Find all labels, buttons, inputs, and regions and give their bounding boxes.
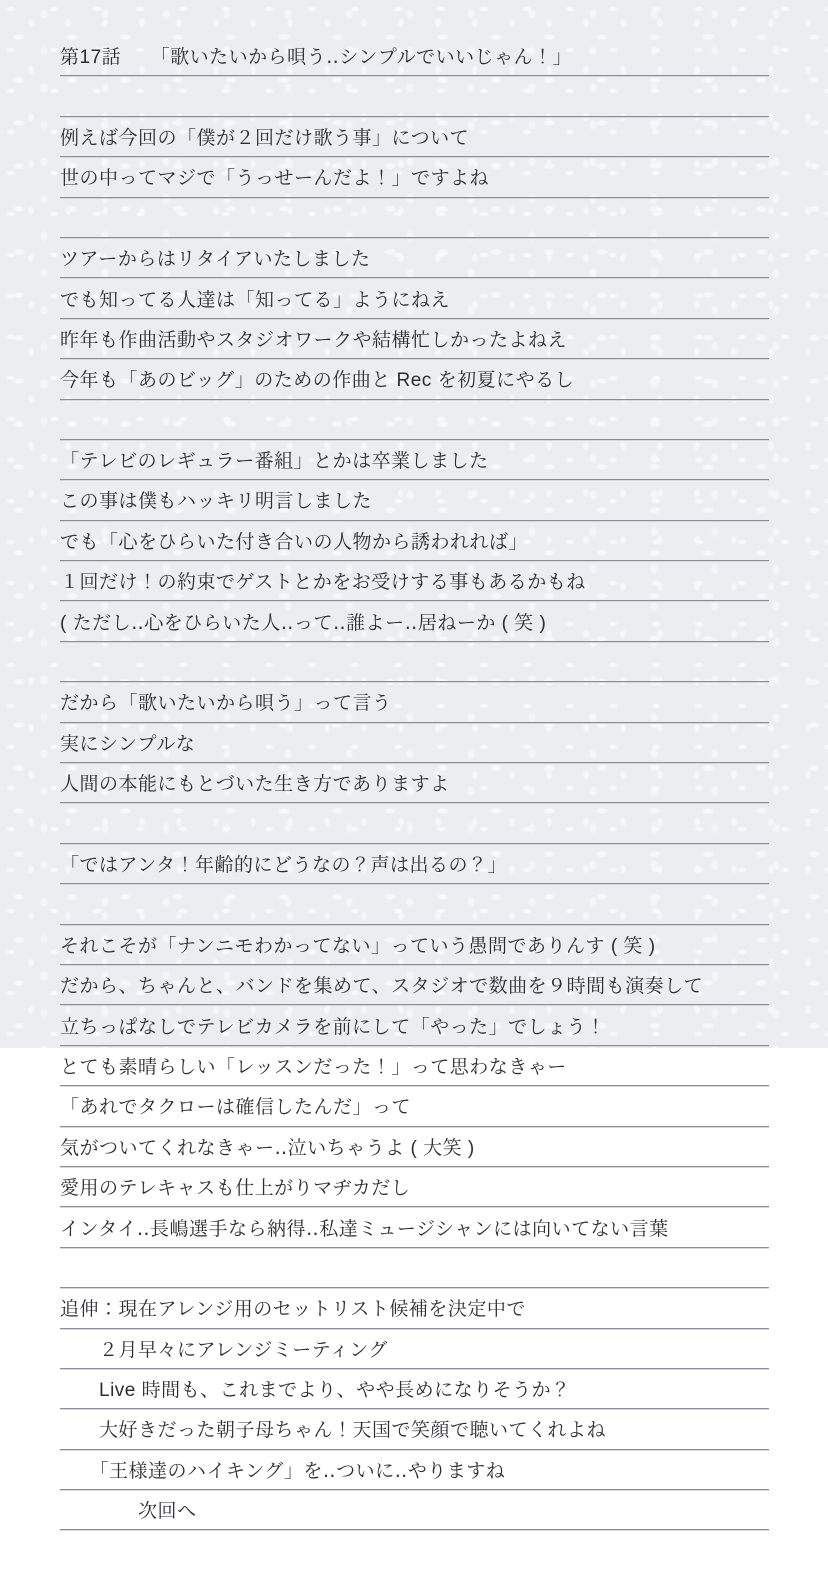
line-text: だから「歌いたいから唄う」って言う bbox=[60, 692, 392, 716]
diary-line: 昨年も作曲活動やスタジオワークや結構忙しかったよねえ bbox=[60, 320, 769, 360]
line-text: 実にシンプルな bbox=[60, 733, 195, 757]
diary-line bbox=[60, 643, 769, 683]
line-text: だから、ちゃんと、バンドを集めて、スタジオで数曲を９時間も演奏して bbox=[60, 975, 703, 999]
diary-line: 「ではアンタ！年齢的にどうなの？声は出るの？」 bbox=[60, 845, 769, 885]
line-text: でも知ってる人達は「知ってる」ようにねえ bbox=[60, 289, 450, 313]
line-text: ( ただし‥心をひらいた人‥って‥誰よー‥居ねーか ( 笑 ) bbox=[60, 612, 546, 636]
line-text: 追伸：現在アレンジ用のセットリスト候補を決定中で bbox=[60, 1298, 526, 1322]
line-text: 昨年も作曲活動やスタジオワークや結構忙しかったよねえ bbox=[60, 329, 567, 353]
line-text: 立ちっぱなしでテレビカメラを前にして「やった」でしょう！ bbox=[60, 1016, 606, 1040]
line-text: それこそが「ナンニモわかってない」っていう愚問でありんす ( 笑 ) bbox=[60, 935, 656, 959]
diary-line bbox=[60, 199, 769, 239]
postscript-line: Live 時間も、これまでより、やや長めになりそうか？ bbox=[60, 1370, 769, 1410]
line-text: 「ではアンタ！年齢的にどうなの？声は出るの？」 bbox=[60, 854, 507, 878]
line-text: 次回へ bbox=[60, 1500, 197, 1524]
line-text: とても素晴らしい「レッスンだった！」って思わなきゃー bbox=[60, 1056, 567, 1080]
diary-line: ツアーからはリタイアいたしました bbox=[60, 239, 769, 279]
diary-line: 「あれでタクローは確信したんだ」って bbox=[60, 1087, 769, 1127]
line-text: 人間の本能にもとづいた生き方でありますよ bbox=[60, 773, 450, 797]
line-text: １回だけ！の約束でゲストとかをお受けする事もあるかもね bbox=[60, 571, 586, 595]
line-text: 第17話 「歌いたいから唄う‥シンプルでいいじゃん！」 bbox=[60, 46, 572, 70]
line-text: 「王様達のハイキング」を‥ついに‥やりますね bbox=[60, 1460, 505, 1484]
line-text: ２月早々にアレンジミーティング bbox=[60, 1339, 388, 1363]
line-text: ツアーからはリタイアいたしました bbox=[60, 248, 370, 272]
diary-line: 世の中ってマジで「うっせーんだよ！」ですよね bbox=[60, 158, 769, 198]
diary-line: だから、ちゃんと、バンドを集めて、スタジオで数曲を９時間も演奏して bbox=[60, 966, 769, 1006]
line-text: 気がついてくれなきゃー‥泣いちゃうよ ( 大笑 ) bbox=[60, 1137, 475, 1161]
diary-line: ( ただし‥心をひらいた人‥って‥誰よー‥居ねーか ( 笑 ) bbox=[60, 602, 769, 642]
diary-line bbox=[60, 1249, 769, 1289]
diary-line: インタイ‥長嶋選手なら納得‥私達ミュージシャンには向いてない言葉 bbox=[60, 1208, 769, 1248]
diary-line: 「テレビのレギュラー番組」とかは卒業しました bbox=[60, 441, 769, 481]
line-text: インタイ‥長嶋選手なら納得‥私達ミュージシャンには向いてない言葉 bbox=[60, 1218, 669, 1242]
line-text: 大好きだった朝子母ちゃん！天国で笑顔で聴いてくれよね bbox=[60, 1419, 606, 1443]
diary-line: それこそが「ナンニモわかってない」っていう愚問でありんす ( 笑 ) bbox=[60, 926, 769, 966]
diary-line: １回だけ！の約束でゲストとかをお受けする事もあるかもね bbox=[60, 562, 769, 602]
diary-line: 今年も「あのビッグ」のための作曲と Rec を初夏にやるし bbox=[60, 360, 769, 400]
diary-line: この事は僕もハッキリ明言しました bbox=[60, 481, 769, 521]
postscript-line: ２月早々にアレンジミーティング bbox=[60, 1330, 769, 1370]
diary-line: 愛用のテレキャスも仕上がりマヂカだし bbox=[60, 1168, 769, 1208]
diary-line: でも「心をひらいた付き合いの人物から誘われれば」 bbox=[60, 522, 769, 562]
postscript-line: 「王様達のハイキング」を‥ついに‥やりますね bbox=[60, 1451, 769, 1491]
diary-line bbox=[60, 77, 769, 117]
diary-line bbox=[60, 401, 769, 441]
diary-page: 第17話 「歌いたいから唄う‥シンプルでいいじゃん！」 例えば今回の「僕が２回だ… bbox=[0, 0, 828, 1531]
diary-line: だから「歌いたいから唄う」って言う bbox=[60, 683, 769, 723]
line-text: 今年も「あのビッグ」のための作曲と Rec を初夏にやるし bbox=[60, 369, 574, 393]
line-rule bbox=[60, 1529, 769, 1531]
diary-line: 例えば今回の「僕が２回だけ歌う事」について bbox=[60, 118, 769, 158]
line-text: 愛用のテレキャスも仕上がりマヂカだし bbox=[60, 1177, 410, 1201]
line-text: Live 時間も、これまでより、やや長めになりそうか？ bbox=[60, 1379, 571, 1403]
postscript-line: 大好きだった朝子母ちゃん！天国で笑顔で聴いてくれよね bbox=[60, 1410, 769, 1450]
diary-line: 気がついてくれなきゃー‥泣いちゃうよ ( 大笑 ) bbox=[60, 1128, 769, 1168]
diary-line: 人間の本能にもとづいた生き方でありますよ bbox=[60, 764, 769, 804]
diary-line bbox=[60, 804, 769, 844]
diary-line: 実にシンプルな bbox=[60, 724, 769, 764]
diary-line: とても素晴らしい「レッスンだった！」って思わなきゃー bbox=[60, 1047, 769, 1087]
diary-line bbox=[60, 885, 769, 925]
line-text: 世の中ってマジで「うっせーんだよ！」ですよね bbox=[60, 167, 489, 191]
line-text: この事は僕もハッキリ明言しました bbox=[60, 490, 372, 514]
line-text: 「あれでタクローは確信したんだ」って bbox=[60, 1096, 411, 1120]
diary-line: 立ちっぱなしでテレビカメラを前にして「やった」でしょう！ bbox=[60, 1006, 769, 1046]
line-text: 「テレビのレギュラー番組」とかは卒業しました bbox=[60, 450, 489, 474]
episode-title-line: 第17話 「歌いたいから唄う‥シンプルでいいじゃん！」 bbox=[60, 37, 769, 77]
line-text: でも「心をひらいた付き合いの人物から誘われれば」 bbox=[60, 531, 528, 555]
next-episode-line: 次回へ bbox=[60, 1491, 769, 1531]
diary-line: でも知ってる人達は「知ってる」ようにねえ bbox=[60, 279, 769, 319]
postscript-line: 追伸：現在アレンジ用のセットリスト候補を決定中で bbox=[60, 1289, 769, 1329]
line-text: 例えば今回の「僕が２回だけ歌う事」について bbox=[60, 127, 469, 151]
